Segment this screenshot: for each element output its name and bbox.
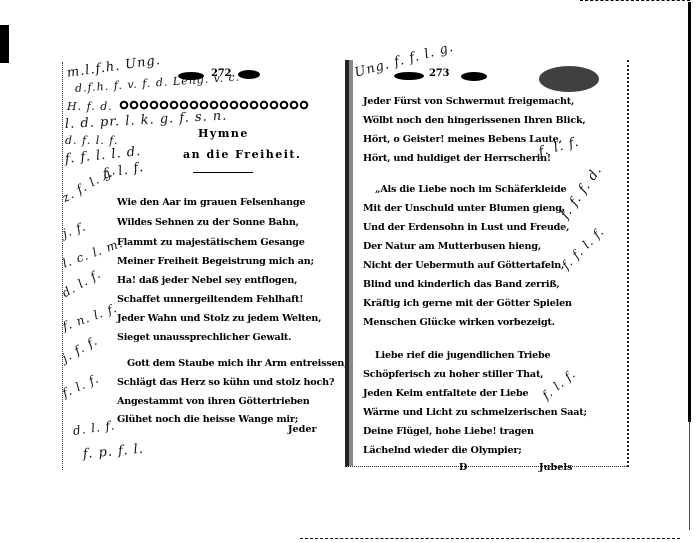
- scan-bottom-border: [300, 538, 680, 540]
- verse-line: Mit der Unschuld unter Blumen gieng,: [363, 203, 565, 214]
- verse-line: Wölbt noch den hingerissenen Ihren Blick…: [363, 115, 586, 126]
- handwritten-note: d. l. f.: [60, 267, 104, 300]
- handwritten-note: d. f. l. f.: [65, 134, 118, 147]
- handwritten-note: d. l. f.: [72, 418, 116, 438]
- verse-line: Jeden Keim entfaltete der Liebe: [363, 388, 528, 399]
- verse-line: Menschen Glücke wirken vorbezeigt.: [363, 317, 555, 328]
- handwritten-note: f. l. f.: [540, 367, 579, 403]
- title-divider: [193, 172, 253, 173]
- handwritten-note: f. p. f. l.: [82, 442, 144, 462]
- verse-line: Und der Erdensohn in Lust und Freude,: [363, 222, 569, 233]
- verse-line: Nicht der Uebermuth auf Göttertafeln,: [363, 260, 564, 271]
- catchword: Jubels: [539, 462, 572, 473]
- verse-line: Gott dem Staube mich ihr Arm entreissen,: [127, 358, 347, 369]
- scan-right-border-lower: [689, 420, 690, 530]
- verse-line: Deine Flügel, hohe Liebe! tragen: [363, 426, 534, 437]
- verse-line: Hört, und huldiget der Herrscherin!: [363, 153, 551, 164]
- verse-line: Jeder Fürst von Schwermut freigemacht,: [363, 96, 574, 107]
- verse-line: Hört, o Geister! meines Bebens Laute,: [363, 134, 562, 145]
- verse-line: Ha! daß jeder Nebel sey entflogen,: [117, 275, 297, 286]
- verse-line: Liebe rief die jugendlichen Triebe: [375, 350, 550, 361]
- verse-line: Schaffet unnergeiltendem Fehlhaft!: [117, 294, 303, 305]
- verse-line: Kräftig ich gerne mit der Götter Spielen: [363, 298, 572, 309]
- verse-line: Meiner Freiheit Begeistrung mich an;: [117, 256, 314, 267]
- verse-line: Wärme und Licht zu schmelzerischen Saat;: [363, 407, 587, 418]
- scan-right-border: [688, 2, 691, 422]
- handwritten-note: l. c. l. m.: [61, 236, 125, 271]
- verse-line: Glühet noch die heisse Wange mir;: [117, 414, 298, 425]
- handwritten-note: f. n. l. f.: [61, 301, 120, 334]
- verse-line: Wildes Sehnen zu der Sonne Bahn,: [117, 217, 299, 228]
- left-page: 272 m.l.f.h. Ung. d.f.h. f. v. f. d. Len…: [62, 62, 315, 470]
- handwritten-note: f. l. f.: [60, 371, 101, 400]
- verse-line: Lächelnd wieder die Olympier;: [363, 445, 522, 456]
- poem-subtitle: an die Freiheit.: [183, 148, 301, 161]
- scan-edge-mark: [0, 25, 9, 63]
- handwritten-note: z. f. l. g.: [60, 163, 119, 205]
- handwritten-note: H. f. d.: [67, 100, 113, 113]
- catchword: Jeder: [288, 424, 317, 435]
- ink-blot: [394, 72, 424, 80]
- verse-line: Sieget unaussprechlicher Gewalt.: [117, 332, 291, 343]
- verse-line: Schöpferisch zu hoher stiller That,: [363, 369, 543, 380]
- verse-line: Wie den Aar im grauen Felsenhange: [117, 197, 305, 208]
- right-page: 273 Ung. f. f. l. g. Jeder Fürst von Sch…: [345, 60, 629, 467]
- ink-blot: [539, 66, 599, 92]
- verse-line: Jeder Wahn und Stolz zu jedem Welten,: [117, 313, 321, 324]
- verse-line: Flammt zu majestätischem Gesange: [117, 237, 305, 248]
- verse-line: „Als die Liebe noch im Schäferkleide: [375, 184, 566, 195]
- scan-top-border: [580, 0, 690, 2]
- page-number: 273: [429, 68, 449, 79]
- ink-blot: [238, 70, 260, 79]
- ink-blot: [461, 72, 487, 81]
- verse-line: Angestammt von ihren Göttertrieben: [117, 396, 310, 407]
- verse-line: Der Natur am Mutterbusen hieng,: [363, 241, 541, 252]
- signature-mark: D: [459, 462, 467, 473]
- handwritten-note: j. f.: [61, 219, 89, 240]
- poem-title: Hymne: [198, 127, 249, 140]
- verse-line: Schlägt das Herz so kühn und stolz hoch?: [117, 377, 334, 388]
- handwritten-note: j. f. f.: [60, 334, 101, 366]
- verse-line: Blind und kinderlich das Band zerriß,: [363, 279, 560, 290]
